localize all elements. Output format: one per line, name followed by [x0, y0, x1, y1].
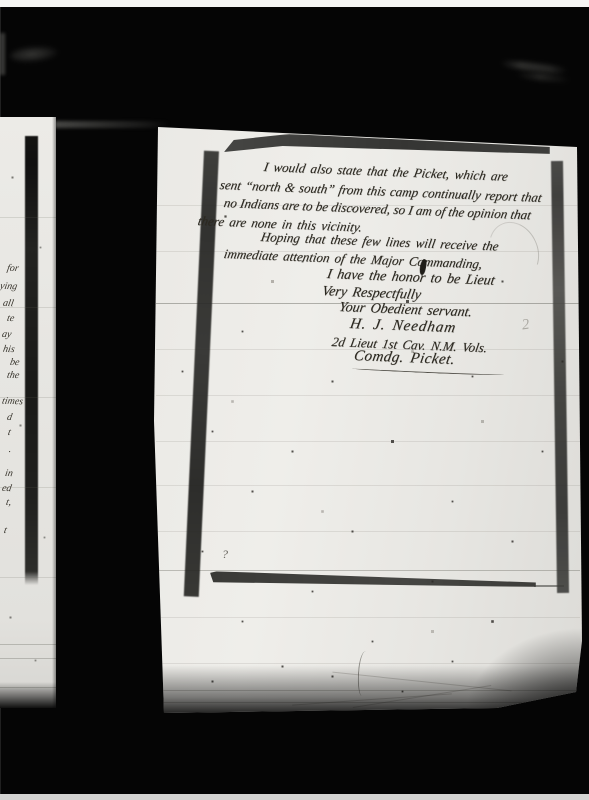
page-top-edge-glow — [55, 121, 170, 128]
pencil-question-mark: ? — [222, 547, 228, 562]
text-fragment: t — [3, 525, 8, 536]
ruled-line — [156, 570, 580, 571]
film-mark-left-edge — [0, 33, 5, 75]
page-bottom-fade — [0, 682, 56, 708]
text-fragment: ying — [0, 281, 18, 293]
film-edge-bottom — [0, 794, 589, 800]
text-fragment: times — [1, 396, 24, 408]
page-bottom-fade — [152, 665, 584, 717]
text-fragment: be — [9, 357, 20, 368]
text-fragment: his — [2, 344, 16, 355]
paper-specks — [0, 117, 1, 118]
signature-title: Comdg. Picket. — [352, 348, 456, 369]
tape-shadow-top — [224, 134, 550, 158]
text-fragment: for — [6, 263, 20, 274]
ruled-line — [156, 441, 580, 442]
text-fragment: . — [8, 444, 12, 455]
film-smudge-top-left — [9, 44, 58, 64]
left-page-fragment: for ying all te ay his be the times d t … — [0, 117, 56, 708]
text-fragment: t, — [5, 497, 12, 508]
signature-name: H. J. Needham — [348, 316, 457, 337]
tape-strip-right — [551, 161, 569, 593]
signature-flourish — [352, 367, 504, 377]
tape-shadow-tail — [534, 585, 564, 587]
text-fragment: ed — [1, 483, 12, 494]
tape-shadow-horizontal — [210, 571, 536, 587]
page-edge-shadow — [52, 117, 56, 708]
text-fragment: t — [7, 427, 12, 438]
text-fragment: te — [6, 313, 15, 324]
microfilm-frame: for ying all te ay his be the times d t … — [0, 0, 589, 800]
film-smudge-top-right — [516, 71, 576, 84]
ruled-line — [0, 658, 56, 659]
ruled-line — [156, 531, 580, 532]
film-edge-top — [0, 0, 589, 7]
ruled-line — [0, 577, 56, 578]
text-fragment: all — [2, 298, 14, 309]
ruled-line — [156, 617, 580, 618]
pencil-numeral: 2 — [521, 317, 531, 335]
text-fragment: d — [6, 412, 13, 423]
ruled-line — [0, 644, 56, 645]
binding-shadow — [25, 136, 38, 585]
text-fragment: the — [6, 370, 20, 381]
text-fragment: ay — [1, 329, 12, 340]
letter-page: I would also state that the Picket, whic… — [152, 121, 584, 717]
ruled-line — [156, 485, 580, 486]
text-fragment: in — [4, 468, 14, 479]
ruled-line — [0, 217, 56, 218]
ruled-line — [156, 395, 580, 396]
